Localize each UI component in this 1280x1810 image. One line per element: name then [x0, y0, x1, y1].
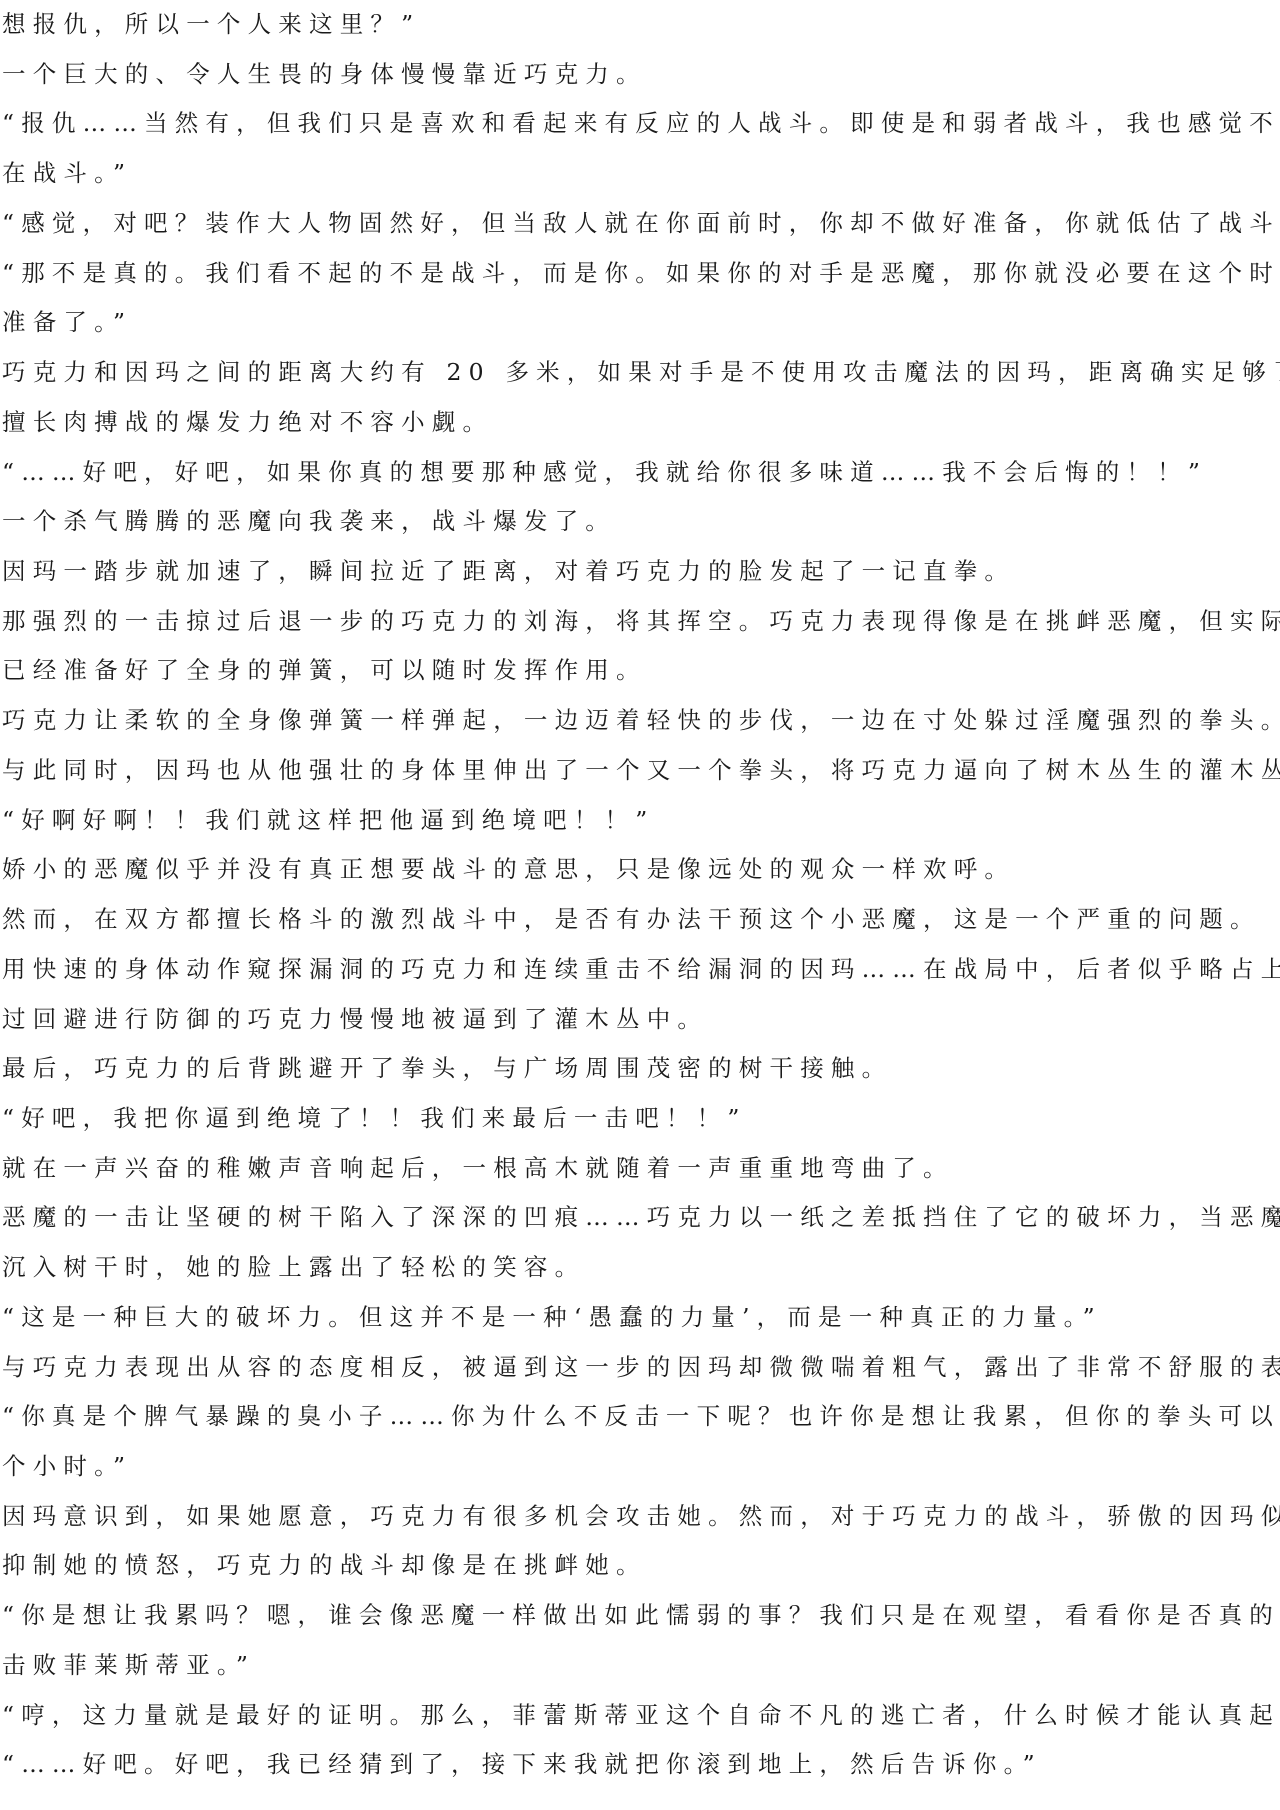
text-line: 个小时。”: [2, 1442, 132, 1492]
text-line: “好啊好啊！！我们就这样把他逼到绝境吧！！”: [2, 796, 654, 846]
text-line: “你真是个脾气暴躁的臭小子……你为什么不反击一下呢？也许你是想让我累，但你的拳头…: [2, 1392, 1280, 1442]
text-line: 就在一声兴奋的稚嫩声音响起后，一根高木就随着一声重重地弯曲了。: [2, 1144, 954, 1194]
text-line: 巧克力让柔软的全身像弹簧一样弹起，一边迈着轻快的步伐，一边在寸处躲过淫魔强烈的拳…: [2, 696, 1280, 746]
text-line: 那强烈的一击掠过后退一步的巧克力的刘海，将其挥空。巧克力表现得像是在挑衅恶魔，但…: [2, 597, 1280, 647]
text-line: 娇小的恶魔似乎并没有真正想要战斗的意思，只是像远处的观众一样欢呼。: [2, 845, 1015, 895]
text-line: 擅长肉搏战的爆发力绝对不容小觑。: [2, 398, 493, 448]
text-line: 最后，巧克力的后背跳避开了拳头，与广场周围茂密的树干接触。: [2, 1044, 892, 1094]
text-line: “那不是真的。我们看不起的不是战斗，而是你。如果你的对手是恶魔，那你就没必要在这…: [2, 249, 1280, 299]
text-line: 击败菲莱斯蒂亚。”: [2, 1641, 255, 1691]
text-line: 巧克力和因玛之间的距离大约有 20 多米，如果对手是不使用攻击魔法的因玛，距离确…: [2, 348, 1280, 398]
text-line: 然而，在双方都擅长格斗的激烈战斗中，是否有办法干预这个小恶魔，这是一个严重的问题…: [2, 895, 1261, 945]
text-line: “报仇……当然有，但我们只是喜欢和看起来有反应的人战斗。即使是和弱者战斗，我也感…: [2, 99, 1280, 149]
text-line: 用快速的身体动作窥探漏洞的巧克力和连续重击不给漏洞的因玛……在战局中，后者似乎略…: [2, 945, 1280, 995]
text-line: 与此同时，因玛也从他强壮的身体里伸出了一个又一个拳头，将巧克力逼向了树木丛生的灌…: [2, 746, 1280, 796]
text-line: “哼，这力量就是最好的证明。那么，菲蕾斯蒂亚这个自命不凡的逃亡者，什么时候才能认…: [2, 1691, 1280, 1741]
text-line: “感觉，对吧？装作大人物固然好，但当敌人就在你面前时，你却不做好准备，你就低估了…: [2, 199, 1280, 249]
text-line: 过回避进行防御的巧克力慢慢地被逼到了灌木丛中。: [2, 995, 708, 1045]
text-line: “……好吧。好吧，我已经猜到了，接下来我就把你滚到地上，然后告诉你。”: [2, 1740, 1042, 1790]
text-line: 与巧克力表现出从容的态度相反，被逼到这一步的因玛却微微喘着粗气，露出了非常不舒服…: [2, 1343, 1280, 1393]
text-line: 一个杀气腾腾的恶魔向我袭来，战斗爆发了。: [2, 497, 616, 547]
text-line: 想报仇，所以一个人来这里？”: [2, 0, 420, 50]
text-line: 准备了。”: [2, 298, 132, 348]
text-line: 在战斗。”: [2, 149, 132, 199]
text-line: 已经准备好了全身的弹簧，可以随时发挥作用。: [2, 646, 647, 696]
text-line: 一个巨大的、令人生畏的身体慢慢靠近巧克力。: [2, 50, 647, 100]
text-line: 恶魔的一击让坚硬的树干陷入了深深的凹痕……巧克力以一纸之差抵挡住了它的破坏力，当…: [2, 1193, 1280, 1243]
text-line: “……好吧，好吧，如果你真的想要那种感觉，我就给你很多味道……我不会后悔的！！”: [2, 448, 1207, 498]
text-line: 沉入树干时，她的脸上露出了轻松的笑容。: [2, 1243, 585, 1293]
text-line: 抑制她的愤怒，巧克力的战斗却像是在挑衅她。: [2, 1541, 647, 1591]
text-line: “这是一种巨大的破坏力。但这并不是一种‘愚蠢的力量’，而是一种真正的力量。”: [2, 1293, 1102, 1343]
text-line: “好吧，我把你逼到绝境了！！我们来最后一击吧！！”: [2, 1094, 747, 1144]
text-line: 因玛意识到，如果她愿意，巧克力有很多机会攻击她。然而，对于巧克力的战斗，骄傲的因…: [2, 1492, 1280, 1542]
text-line: “你是想让我累吗？嗯，谁会像恶魔一样做出如此懦弱的事？我们只是在观望，看看你是否…: [2, 1591, 1280, 1641]
text-line: 因玛一踏步就加速了，瞬间拉近了距离，对着巧克力的脸发起了一记直拳。: [2, 547, 1015, 597]
